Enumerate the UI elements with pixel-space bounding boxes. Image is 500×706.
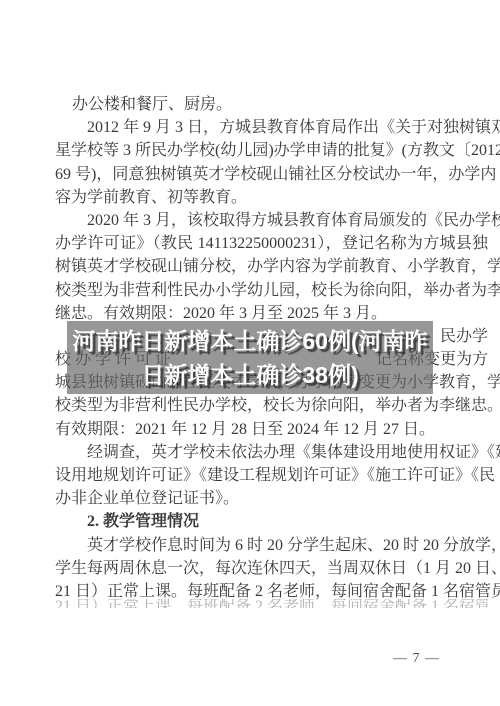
- headline-overlay: 河南昨日新增本土确诊60例(河南昨 日新增本土确诊38例): [67, 321, 433, 394]
- paragraph-line: 2012 年 9 月 3 日，方城县教育体育局作出《关于对独树镇双: [55, 116, 488, 139]
- faded-clipped-text-line: 21 日）正常上课。每班配备 2 名老师，每间宿舍配备 1 名宿管员: [55, 599, 488, 608]
- document-page: 办公楼和餐厅、厨房。 2012 年 9 月 3 日，方城县教育体育局作出《关于对…: [0, 0, 500, 706]
- paragraph-line: 校类型为非营利性民办小学幼儿园，校长为徐向阳，举办者为李: [55, 279, 488, 302]
- paragraph-line: 英才学校作息时间为 6 时 20 分学生起床、20 时 20 分放学，: [55, 534, 488, 557]
- paragraph-line: 69 号)，同意独树镇英才学校砚山铺社区分校试办一年，办学内: [55, 163, 488, 186]
- paragraph-line: 学生每两周休息一次，每次连休四天，当周双休日（1 月 20 日、: [55, 557, 488, 580]
- paragraph-line: 办学许可证》（教民 141132250000231），登记名称为方城县独: [55, 232, 488, 255]
- paragraph-line: 星学校等 3 所民办学校(幼儿园)办学申请的批复》(方教文〔2012〕: [55, 139, 488, 162]
- paragraph-line: 经调查，英才学校未依法办理《集体建设用地使用权证》《建: [55, 441, 488, 464]
- headline-title-line2: 日新增本土确诊38例): [141, 358, 358, 392]
- paragraph-line: 树镇英才学校砚山铺分校，办学内容为学前教育、小学教育，学: [55, 255, 488, 278]
- paragraph-line: 办非企业单位登记证书》。: [55, 487, 488, 510]
- paragraph-line: 有效期限：2021 年 12 月 28 日至 2024 年 12 月 27 日。: [55, 418, 488, 441]
- headline-title-line1: 河南昨日新增本土确诊60例(河南昨: [72, 324, 427, 358]
- page-number: — 7 —: [393, 651, 440, 667]
- paragraph-line: 校类型为非营利性民办学校，校长为徐向阳，举办者为李继忠。: [55, 394, 488, 417]
- section-heading: 2. 教学管理情况: [55, 510, 488, 533]
- paragraph-line: 2020 年 3 月，该校取得方城县教育体育局颁发的《民办学校: [55, 209, 488, 232]
- paragraph-line: 设用地规划许可证》《建设工程规划许可证》《施工许可证》《民: [55, 464, 488, 487]
- visible-text-fragment: 民办学: [440, 328, 488, 345]
- paragraph-line: 容为学前教育、初等教育。: [55, 186, 488, 209]
- paragraph-line: 办公楼和餐厅、厨房。: [55, 93, 488, 116]
